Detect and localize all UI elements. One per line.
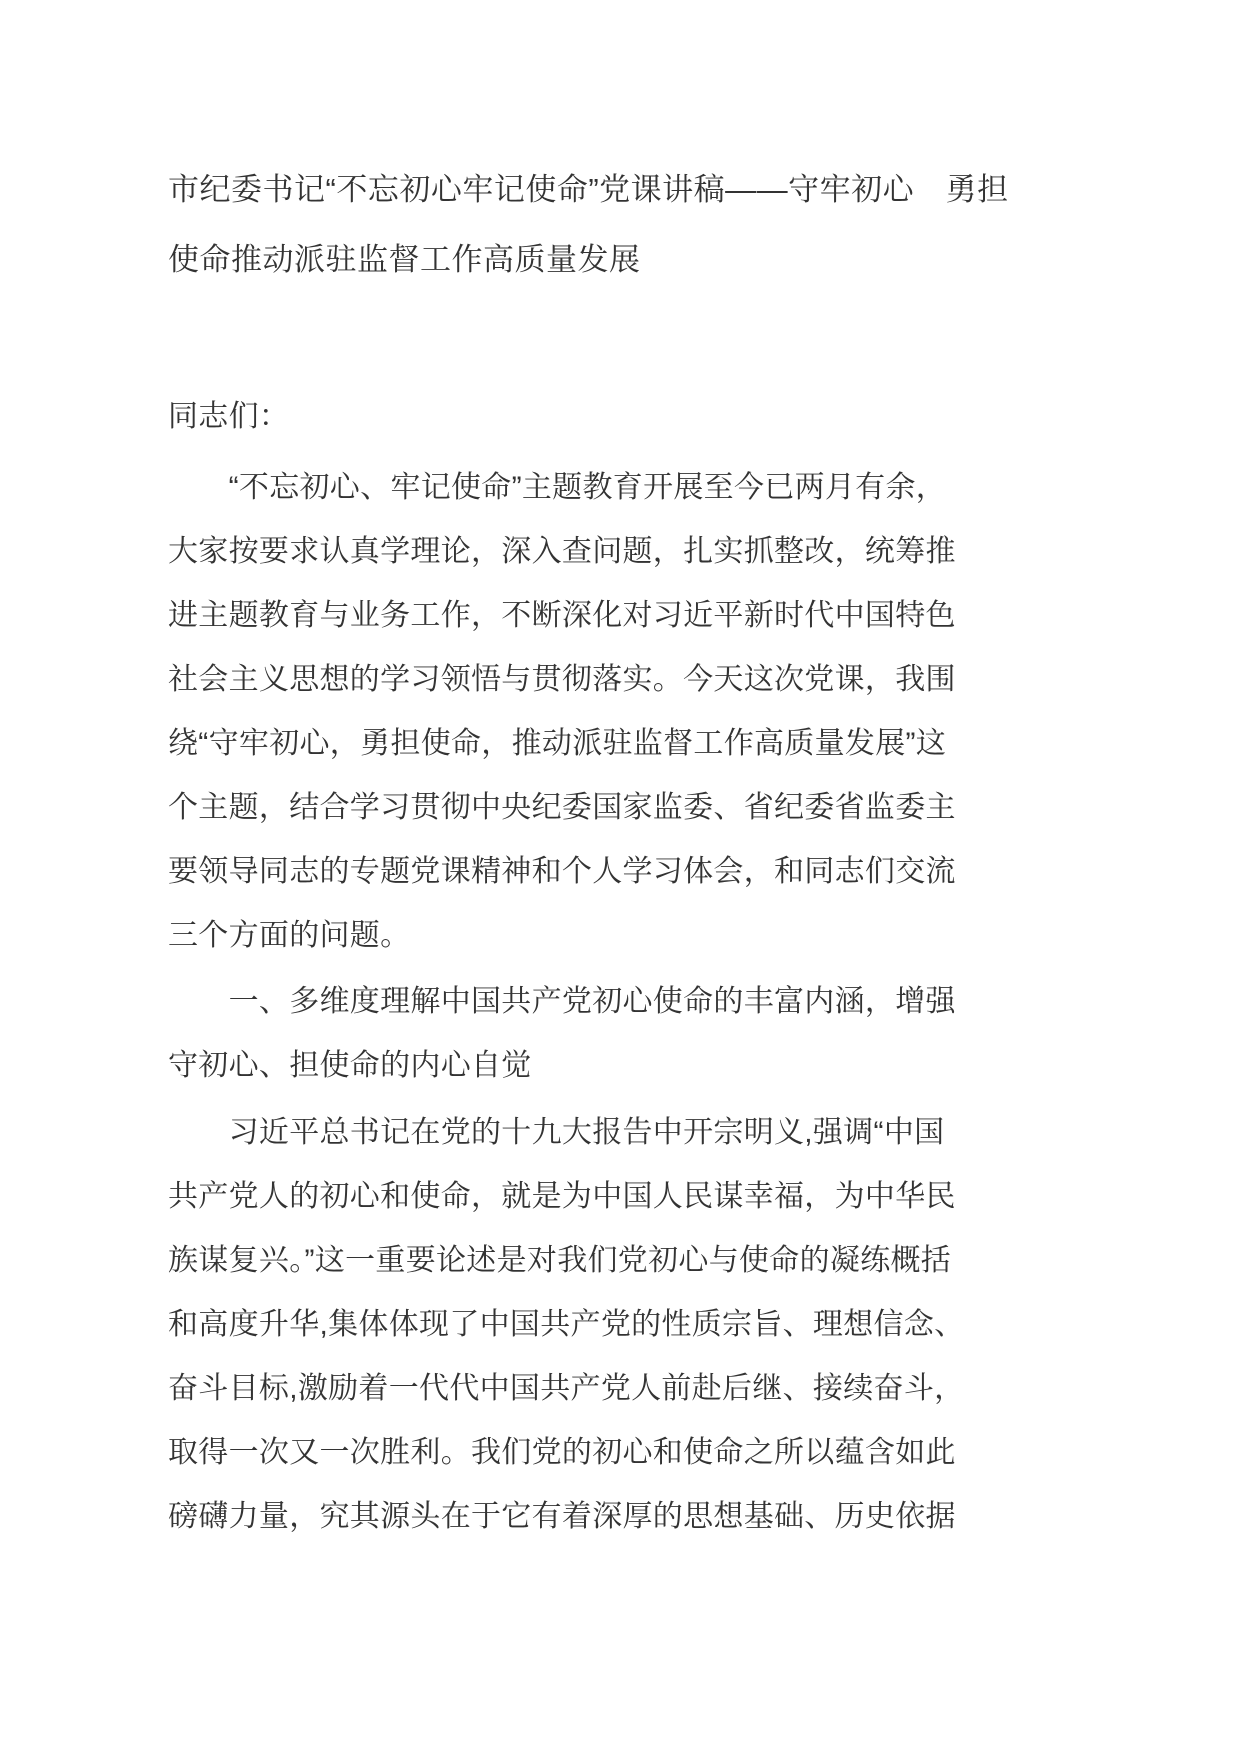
text-line: 共产党人的初心和使命，就是为中国人民谋幸福，为中华民 [168, 1165, 955, 1229]
text-line: 取得一次又一次胜利。我们党的初心和使命之所以蕴含如此 [168, 1421, 955, 1485]
text-line: 三个方面的问题。 [168, 904, 955, 968]
section-1-paragraph-1: 习近平总书记在党的十九大报告中开宗明义,强调“中国 共产党人的初心和使命，就是为… [168, 1101, 955, 1549]
document-title-line: 市纪委书记“不忘初心牢记使命”党课讲稿——守牢初心 勇担 [168, 155, 955, 225]
document-body: 同志们： “不忘初心、牢记使命”主题教育开展至今已两月有余， 大家按要求认真学理… [168, 385, 955, 1549]
text-line: 族谋复兴。”这一重要论述是对我们党初心与使命的凝练概括 [168, 1229, 955, 1293]
document-page: 市纪委书记“不忘初心牢记使命”党课讲稿——守牢初心 勇担 使命推动派驻监督工作高… [0, 0, 1241, 1755]
text-line: 同志们： [168, 385, 955, 449]
text-line: 磅礴力量，究其源头在于它有着深厚的思想基础、历史依据 [168, 1485, 955, 1549]
paragraph-intro: “不忘初心、牢记使命”主题教育开展至今已两月有余， 大家按要求认真学理论，深入查… [168, 456, 955, 968]
document-content: 市纪委书记“不忘初心牢记使命”党课讲稿——守牢初心 勇担 使命推动派驻监督工作高… [0, 0, 1241, 1549]
text-line: 绕“守牢初心，勇担使命，推动派驻监督工作高质量发展”这 [168, 712, 955, 776]
text-line: 要领导同志的专题党课精神和个人学习体会，和同志们交流 [168, 840, 955, 904]
document-title-line: 使命推动派驻监督工作高质量发展 [168, 225, 955, 295]
text-line: 和高度升华,集体体现了中国共产党的性质宗旨、理想信念、 [168, 1293, 955, 1357]
paragraph-salutation: 同志们： [168, 385, 955, 449]
text-line: 进主题教育与业务工作，不断深化对习近平新时代中国特色 [168, 584, 955, 648]
text-line: “不忘初心、牢记使命”主题教育开展至今已两月有余， [168, 456, 955, 520]
text-line: 守初心、担使命的内心自觉 [168, 1034, 955, 1098]
text-line: 奋斗目标,激励着一代代中国共产党人前赴后继、接续奋斗， [168, 1357, 955, 1421]
section-1-heading: 一、多维度理解中国共产党初心使命的丰富内涵，增强 守初心、担使命的内心自觉 [168, 970, 955, 1098]
text-line: 社会主义思想的学习领悟与贯彻落实。今天这次党课，我围 [168, 648, 955, 712]
text-line: 个主题，结合学习贯彻中央纪委国家监委、省纪委省监委主 [168, 776, 955, 840]
text-line: 一、多维度理解中国共产党初心使命的丰富内涵，增强 [168, 970, 955, 1034]
document-title: 市纪委书记“不忘初心牢记使命”党课讲稿——守牢初心 勇担 使命推动派驻监督工作高… [168, 155, 955, 295]
text-line: 习近平总书记在党的十九大报告中开宗明义,强调“中国 [168, 1101, 955, 1165]
text-line: 大家按要求认真学理论，深入查问题，扎实抓整改，统筹推 [168, 520, 955, 584]
